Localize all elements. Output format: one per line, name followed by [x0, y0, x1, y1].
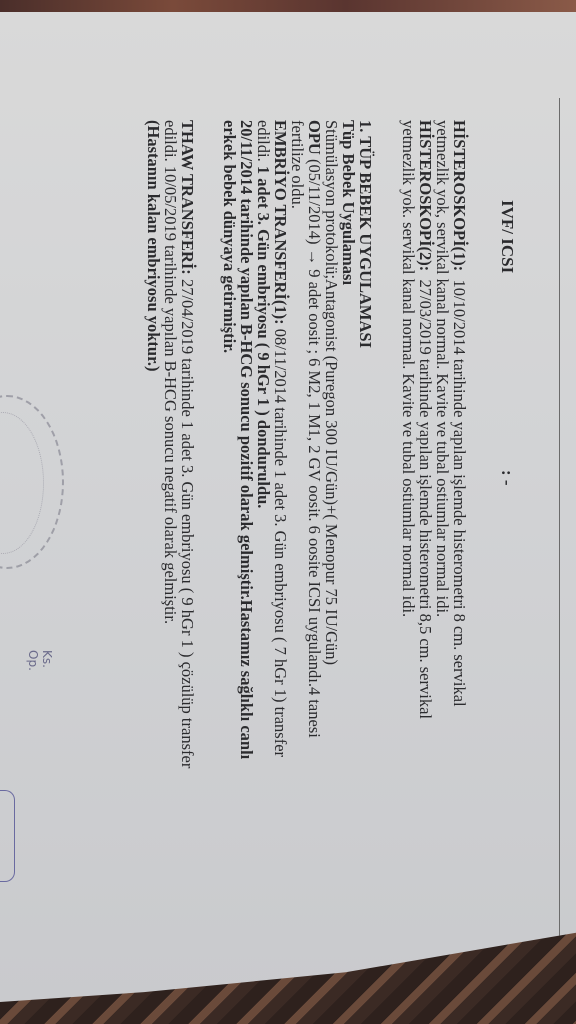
transfer-cont-plain: edildi. [254, 120, 273, 162]
opu-line: OPU (05/11/2014) → 9 adet oosit ; 6 M2, … [306, 120, 323, 960]
histeroskopi-section: HİSTEROSKOPİ(1): 10/10/2014 tarihinde ya… [400, 120, 468, 960]
thaw-note-text: (Hastanın kalan embriyosu yoktur.) [144, 120, 163, 372]
thaw-text: 27/04/2019 tarihinde 1 adet 3. Gün embri… [178, 279, 197, 768]
result-line-2: erkek bebek dünyaya getirmiştir. [221, 120, 238, 960]
histeroskopi-2-line-2: yetmezlik yok. servikal kanal normal. Ka… [400, 120, 417, 960]
result-line-2-text: erkek bebek dünyaya getirmiştir. [220, 120, 239, 353]
tup-bebek-subheading: Tüp Bebek Uygulaması [340, 120, 357, 960]
histeroskopi-2-label: HİSTEROSKOPİ(2): [416, 120, 435, 271]
embryo-transfer-text: 08/11/2014 tarihinde 1 adet 3. Gün embri… [271, 329, 290, 757]
title-colon: : - [499, 470, 516, 486]
document-text: IVF/ ICSI : - HİSTEROSKOPİ(1): 10/10/201… [0, 120, 516, 1000]
histeroskopi-1-line-1: HİSTEROSKOPİ(1): 10/10/2014 tarihinde ya… [451, 120, 468, 960]
thaw-line-2: edildi. 10/05/2019 tarihinde yapılan B-H… [162, 120, 179, 960]
page-border-line [559, 98, 560, 968]
opu-label: OPU [305, 120, 324, 155]
thaw-note: (Hastanın kalan embriyosu yoktur.) [145, 120, 162, 960]
transfer-cont-bold: 1 adet 3. Gün embriyosu ( 9 hGr 1 ) dond… [254, 166, 273, 509]
histeroskopi-1-line-2: yetmezlik yok, servikal kanal normal. Ka… [434, 120, 451, 960]
histeroskopi-1-label: HİSTEROSKOPİ(1): [450, 120, 469, 271]
embryo-transfer-line: EMBRİYO TRANSFERİ(1): 08/11/2014 tarihin… [272, 120, 289, 960]
thaw-transfer-section: THAW TRANSFERİ: 27/04/2019 tarihinde 1 a… [145, 120, 196, 960]
tup-bebek-heading: 1. TÜP BEBEK UYGULAMASI [357, 120, 374, 960]
title-text: IVF/ ICSI [499, 200, 516, 273]
histeroskopi-1-text: 10/10/2014 tarihinde yapılan işlemde his… [450, 280, 469, 707]
result-line-1: 20/11/2014 tarihinde yapılan B-HCG sonuc… [238, 120, 255, 960]
embryo-transfer-label: EMBRİYO TRANSFERİ(1): [271, 120, 290, 325]
histeroskopi-2-line-1: HİSTEROSKOPİ(2): 27/03/2019 tarihinde ya… [417, 120, 434, 960]
result-line-1-text: 20/11/2014 tarihinde yapılan B-HCG sonuc… [237, 120, 256, 759]
stimulation-protocol: Stümülasyon protokolü;Antagonist (Purego… [323, 120, 340, 960]
tup-bebek-heading-text: 1. TÜP BEBEK UYGULAMASI [356, 120, 375, 348]
tup-bebek-subheading-text: Tüp Bebek Uygulaması [339, 120, 358, 285]
opu-text: (05/11/2014) → 9 adet oosit ; 6 M2, 1 M1… [305, 159, 324, 738]
tup-bebek-section: 1. TÜP BEBEK UYGULAMASI Tüp Bebek Uygula… [221, 120, 374, 960]
embryo-transfer-continuation: edildi. 1 adet 3. Gün embriyosu ( 9 hGr … [255, 120, 272, 960]
thaw-line-1: THAW TRANSFERİ: 27/04/2019 tarihinde 1 a… [179, 120, 196, 960]
thaw-label: THAW TRANSFERİ: [178, 120, 197, 275]
histeroskopi-2-text: 27/03/2019 tarihinde yapılan işlemde his… [416, 280, 435, 719]
opu-continuation: fertilize oldu. [289, 120, 306, 960]
